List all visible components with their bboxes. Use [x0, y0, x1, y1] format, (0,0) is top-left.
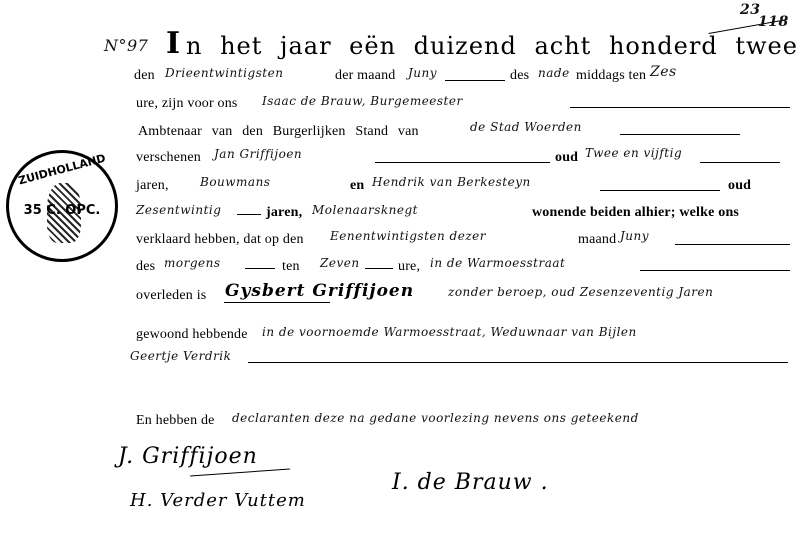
fill-line — [620, 134, 740, 135]
field-day: Drieentwintigsten — [165, 66, 283, 80]
fill-line — [570, 107, 790, 108]
field-street: in de Warmoesstraat — [430, 256, 565, 270]
label-ure-zijn: ure, zijn voor ons — [136, 96, 238, 112]
field-official: Isaac de Brauw, Burgemeester — [262, 94, 463, 108]
opening-line: n het jaar eën duizend acht honderd twee… — [186, 32, 800, 60]
fill-line — [245, 268, 275, 269]
label-ten: ten — [282, 259, 300, 275]
deceased-underline — [224, 302, 330, 303]
label-oud2: oud — [728, 178, 751, 194]
fill-line — [375, 162, 550, 163]
label-wonende: wonende beiden alhier; welke ons — [532, 205, 739, 221]
label-gewoond: gewoond hebbende — [136, 327, 248, 343]
label-ure: ure, — [398, 259, 420, 275]
field-witness2: Hendrik van Berkesteyn — [372, 175, 531, 189]
fill-line — [237, 214, 261, 215]
signature-witness1: J. Griffijoen — [118, 444, 258, 469]
field-residence: in de voornoemde Warmoesstraat, Weduwnaa… — [262, 325, 637, 339]
act-number: N°97 — [104, 36, 148, 55]
field-nade: nade — [538, 66, 570, 80]
label-der-maand: der maand — [335, 68, 396, 84]
stamp-middle-text: 35 C. OPC. — [9, 203, 115, 218]
field-age2: Zesentwintig — [136, 203, 221, 217]
label-en: en — [350, 178, 364, 194]
field-month: Juny — [408, 66, 437, 80]
fill-line — [365, 268, 393, 269]
field-death-hour: Zeven — [320, 256, 360, 270]
signature-official: I. de Brauw . — [392, 470, 549, 495]
field-occupation2: Molenaarsknegt — [312, 203, 418, 217]
signature-witness2: H. Verder Vuttem — [130, 490, 306, 511]
label-maand: maand — [578, 232, 616, 248]
field-town: de Stad Woerden — [470, 120, 582, 134]
field-occupation1: Bouwmans — [200, 175, 270, 189]
fill-line — [445, 80, 505, 81]
field-deceased-info: zonder beroep, oud Zesenzeventig Jaren — [448, 285, 713, 299]
field-age1: Twee en vijftig — [585, 146, 682, 160]
field-deceased-name: Gysbert Griffijoen — [225, 281, 414, 301]
label-den: den — [134, 68, 155, 84]
field-death-month: Juny — [620, 229, 649, 243]
field-death-day: Eenentwintigsten dezer — [330, 229, 486, 243]
label-en-hebben: En hebben de — [136, 413, 215, 429]
signature-flourish — [190, 469, 290, 477]
field-morgens: morgens — [164, 256, 221, 270]
field-spouse: Geertje Verdrik — [130, 349, 231, 363]
big-initial: I — [166, 26, 181, 61]
label-overleden: overleden is — [136, 288, 206, 304]
fill-line — [248, 362, 788, 363]
label-oud: oud — [555, 150, 578, 166]
fill-line — [640, 270, 790, 271]
field-closing: declaranten deze na gedane voorlezing ne… — [232, 411, 639, 425]
label-jaren: jaren, — [136, 178, 169, 194]
label-des: des — [510, 68, 529, 84]
fill-line — [675, 244, 790, 245]
label-ambtenaar: Ambtenaar van den Burgerlijken Stand van — [138, 124, 419, 140]
label-jaren2: jaren, — [266, 205, 302, 221]
margin-number-bottom: 118 — [758, 14, 789, 30]
label-des2: des — [136, 259, 155, 275]
registry-stamp-icon: ZUIDHOLLAND 35 C. OPC. — [6, 150, 118, 262]
fill-line — [700, 162, 780, 163]
fill-line — [600, 190, 720, 191]
label-verschenen: verschenen — [136, 150, 201, 166]
field-hour: Zes — [650, 64, 677, 80]
label-middags-ten: middags ten — [576, 68, 646, 84]
label-verklaard: verklaard hebben, dat op den — [136, 232, 304, 248]
field-witness1: Jan Griffijoen — [214, 147, 302, 161]
